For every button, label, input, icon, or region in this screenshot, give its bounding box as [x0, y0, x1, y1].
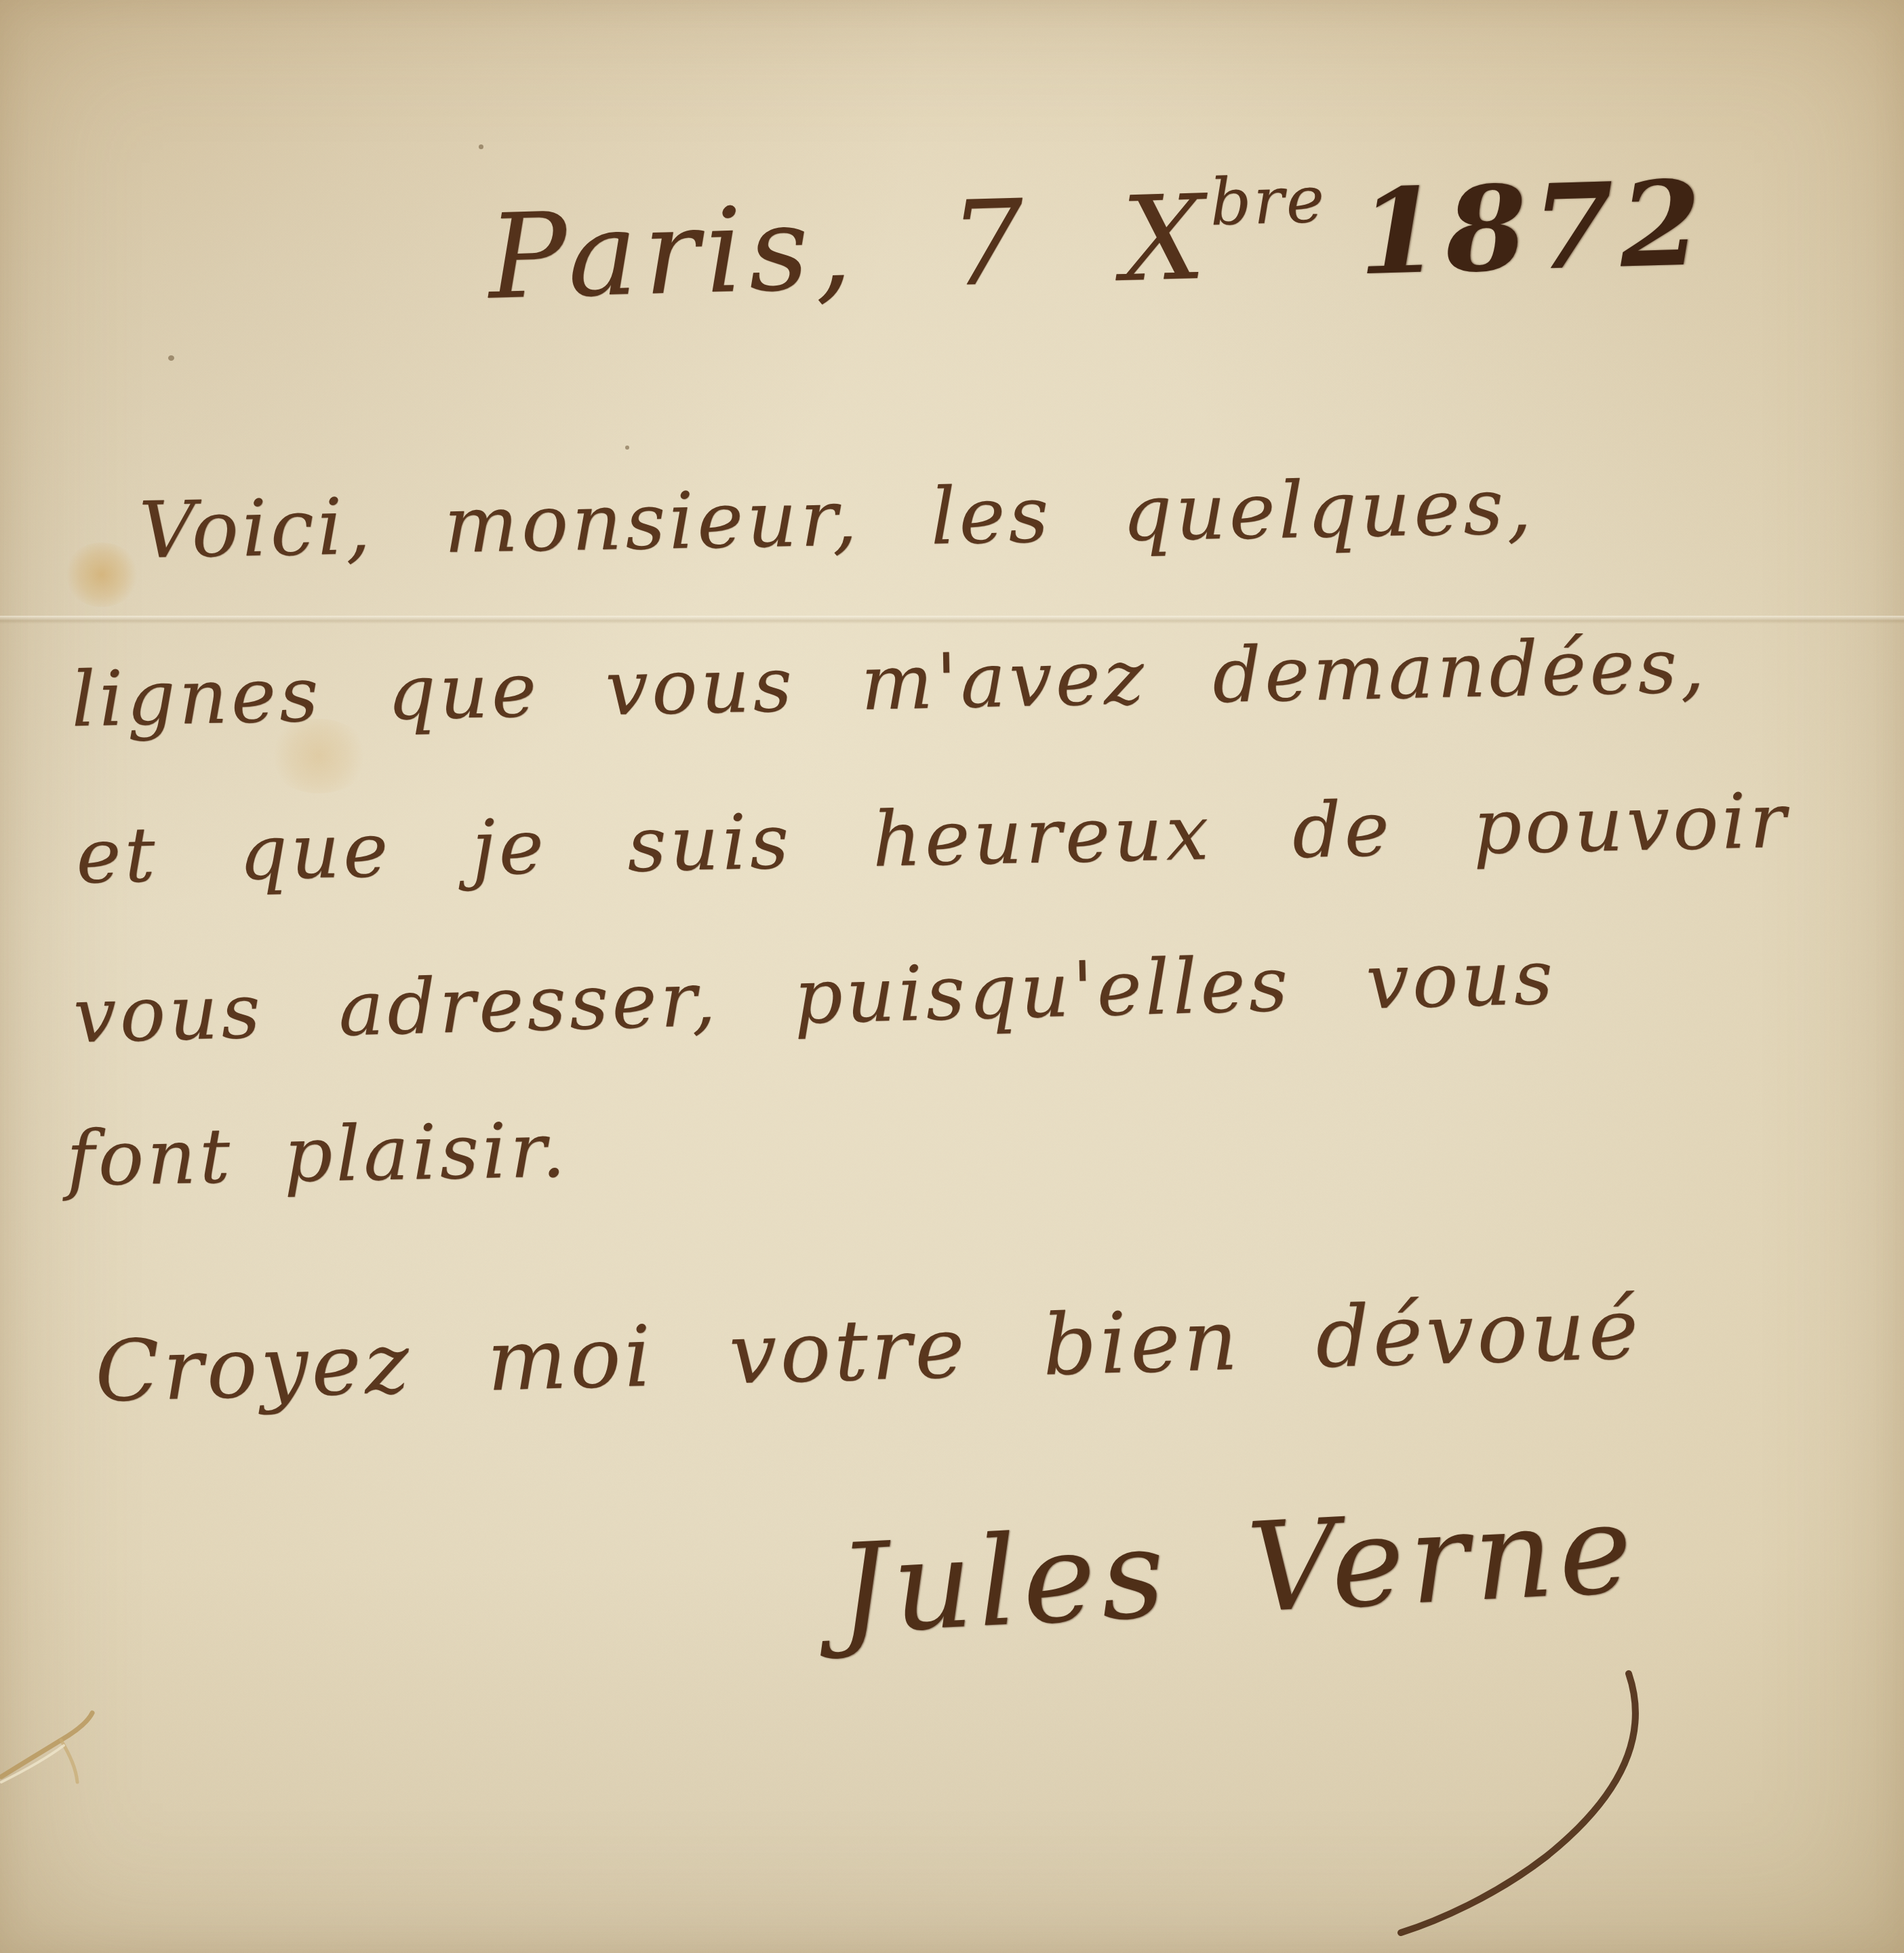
paper-speck	[479, 144, 483, 149]
body-line: lignes que vous m'avez demandées,	[71, 622, 1709, 745]
signature-flourish	[1322, 1633, 1743, 1952]
date-prefix: Paris, 7 X	[487, 169, 1213, 325]
paper-speck	[168, 355, 174, 361]
letter-date: Paris, 7 Xbre1872	[487, 154, 1709, 325]
date-superscript: bre	[1209, 163, 1327, 241]
fold-crease	[0, 616, 1904, 624]
body-line: font plaisir.	[66, 1107, 570, 1204]
body-line: Voici, monsieur, les quelques,	[138, 461, 1536, 576]
body-line: et que je suis heureux de pouvoir	[75, 777, 1790, 901]
letter-closing: Croyez moi votre bien dévoué	[94, 1280, 1642, 1421]
date-year: 1872	[1356, 154, 1709, 301]
letter-page: Paris, 7 Xbre1872 Voici, monsieur, les q…	[0, 0, 1904, 1953]
body-line: vous adresser, puisqu'elles vous	[73, 933, 1558, 1060]
paper-speck	[625, 446, 629, 450]
letter-signature: Jules Verne	[834, 1476, 1640, 1661]
foxing-spot	[64, 542, 139, 607]
edge-tear	[0, 1675, 172, 1824]
